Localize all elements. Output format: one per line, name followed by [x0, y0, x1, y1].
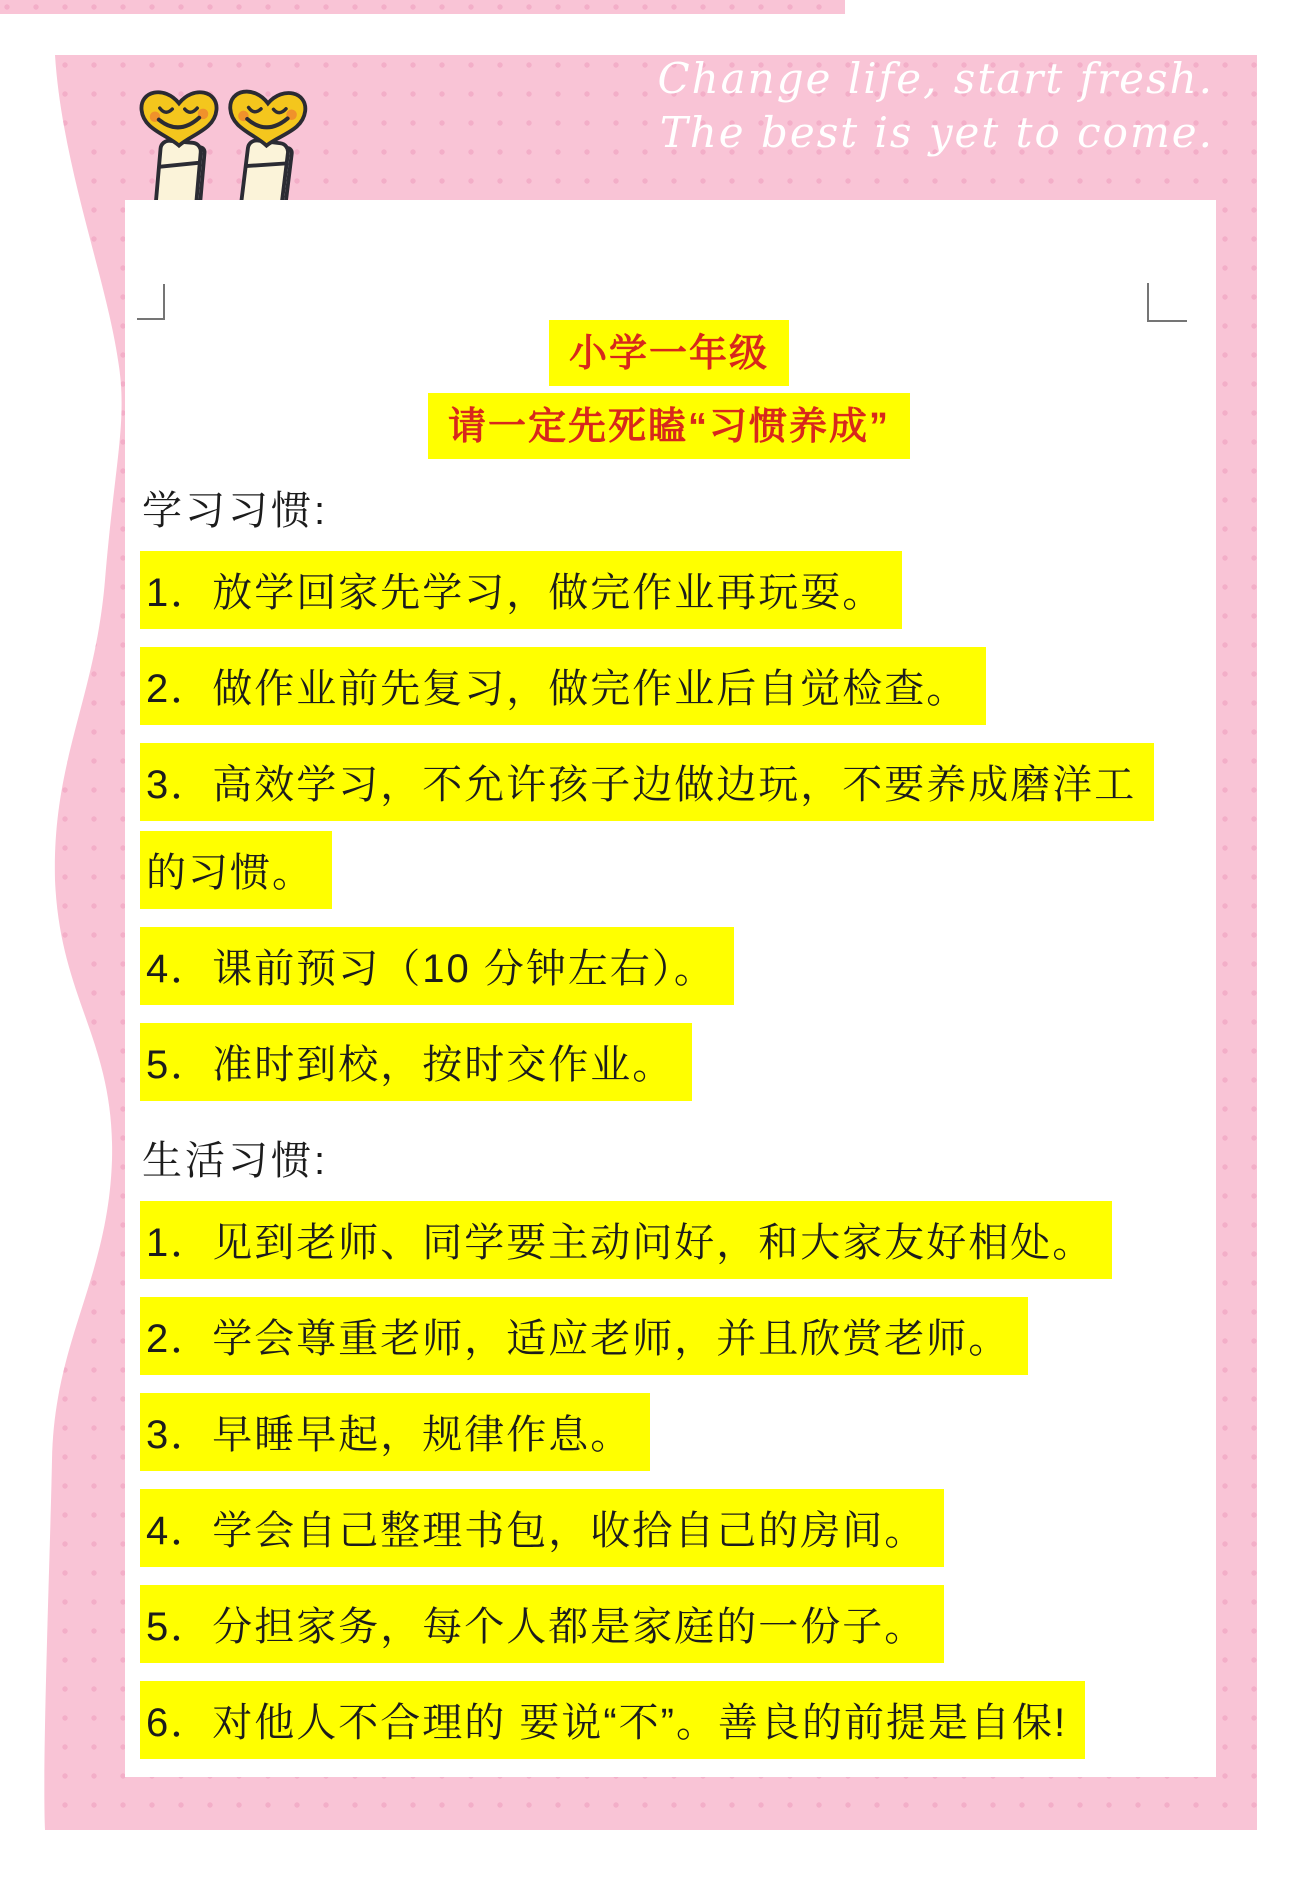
highlighted-line: 2．做作业前先复习，做完作业后自觉检查。	[140, 647, 986, 725]
list-item: 2．做作业前先复习，做完作业后自觉检查。	[140, 647, 1198, 725]
highlighted-line: 6．对他人不合理的 要说“不”。善良的前提是自保!	[140, 1681, 1085, 1759]
list-item: 2．学会尊重老师，适应老师，并且欣赏老师。	[140, 1297, 1198, 1375]
highlighted-line: 3．早睡早起，规律作息。	[140, 1393, 650, 1471]
highlighted-line: 的习惯。	[140, 831, 332, 909]
title-row-1: 小学一年级	[140, 320, 1198, 386]
list-item-wrapped-line: 的习惯。	[140, 831, 1198, 909]
section-heading-life: 生活习惯:	[142, 1139, 1198, 1183]
highlighted-line: 5．分担家务，每个人都是家庭的一份子。	[140, 1585, 944, 1663]
page-title-line-1: 小学一年级	[549, 320, 789, 386]
highlighted-line: 5．准时到校，按时交作业。	[140, 1023, 692, 1101]
list-item: 5．分担家务，每个人都是家庭的一份子。	[140, 1585, 1198, 1663]
highlighted-line: 2．学会尊重老师，适应老师，并且欣赏老师。	[140, 1297, 1028, 1375]
quote-line-2: The best is yet to come.	[657, 106, 1214, 160]
highlighted-line: 4．学会自己整理书包，收拾自己的房间。	[140, 1489, 944, 1567]
section-heading-study: 学习习惯:	[142, 489, 1198, 533]
page: Change life, start fresh. The best is ye…	[0, 0, 1298, 1892]
list-item: 3．高效学习，不允许孩子边做边玩，不要养成磨洋工	[140, 743, 1198, 821]
list-item: 3．早睡早起，规律作息。	[140, 1393, 1198, 1471]
highlighted-line: 4．课前预习（10 分钟左右）。	[140, 927, 734, 1005]
document-content: 小学一年级 请一定先死瞌“习惯养成” 学习习惯: 1．放学回家先学习，做完作业再…	[125, 200, 1216, 1777]
page-title-line-2: 请一定先死瞌“习惯养成”	[428, 393, 910, 459]
list-item: 5．准时到校，按时交作业。	[140, 1023, 1198, 1101]
document-card: 小学一年级 请一定先死瞌“习惯养成” 学习习惯: 1．放学回家先学习，做完作业再…	[125, 200, 1216, 1777]
corner-crop-mark-right	[1147, 283, 1187, 322]
corner-crop-mark-left	[137, 284, 165, 320]
list-item: 1．见到老师、同学要主动问好，和大家友好相处。	[140, 1201, 1198, 1279]
list-item: 4．学会自己整理书包，收拾自己的房间。	[140, 1489, 1198, 1567]
list-item: 1．放学回家先学习，做完作业再玩耍。	[140, 551, 1198, 629]
quote-text: Change life, start fresh. The best is ye…	[657, 52, 1214, 160]
highlighted-line: 3．高效学习，不允许孩子边做边玩，不要养成磨洋工	[140, 743, 1154, 821]
list-item: 4．课前预习（10 分钟左右）。	[140, 927, 1198, 1005]
title-row-2: 请一定先死瞌“习惯养成”	[140, 393, 1198, 459]
list-item: 6．对他人不合理的 要说“不”。善良的前提是自保!	[140, 1681, 1198, 1759]
highlighted-line: 1．见到老师、同学要主动问好，和大家友好相处。	[140, 1201, 1112, 1279]
quote-line-1: Change life, start fresh.	[657, 52, 1214, 106]
highlighted-line: 1．放学回家先学习，做完作业再玩耍。	[140, 551, 902, 629]
